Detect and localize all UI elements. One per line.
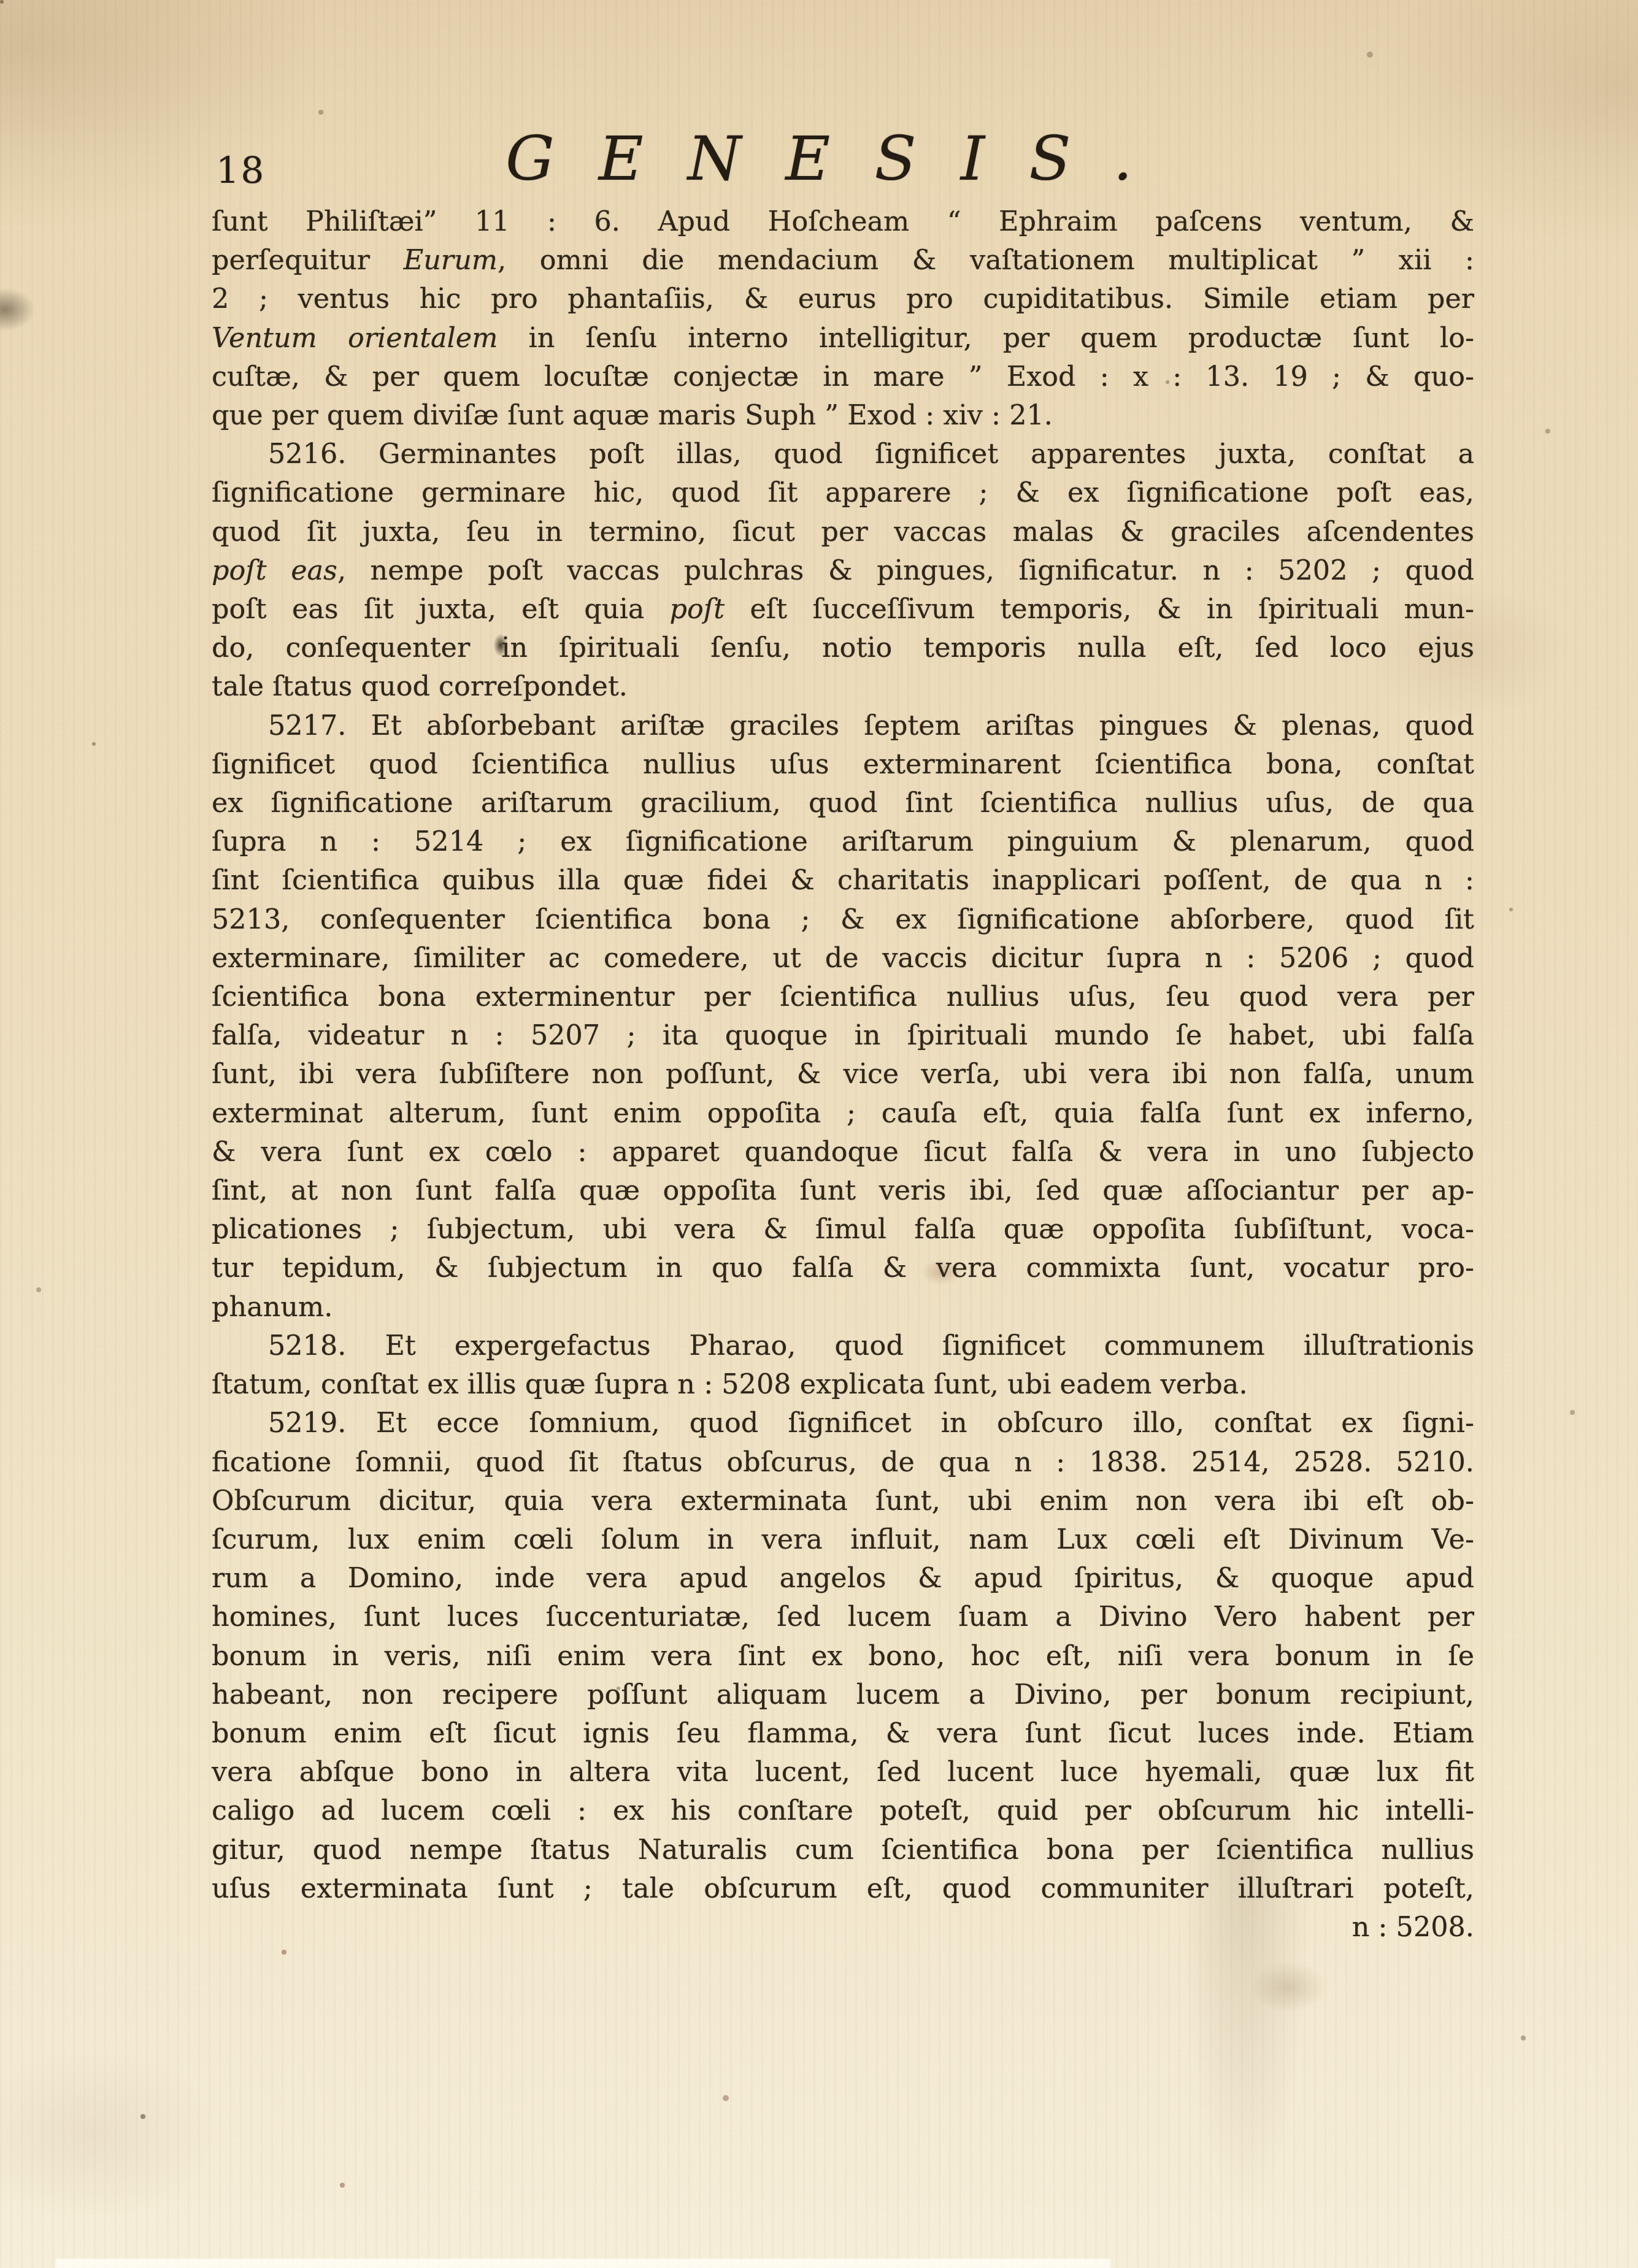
text-segment: n : 5208. xyxy=(1352,1912,1474,1943)
text-segment: ſunt Philiſtæi” 11 : 6. Apud Hoſcheam “ … xyxy=(212,206,1474,237)
text-line: 5217. Et abſorbebant ariſtæ graciles ſep… xyxy=(212,707,1474,745)
text-segment: homines, ſunt luces ſuccenturiatæ, ſed l… xyxy=(212,1601,1474,1633)
text-line: ſint ſcientifica quibus illa quæ fidei &… xyxy=(212,861,1474,900)
text-line: & vera ſunt ex cœlo : apparet quandoque … xyxy=(212,1133,1474,1171)
text-segment: tale ſtatus quod correſpondet. xyxy=(212,671,628,702)
text-segment: uſus exterminata ſunt ; tale obſcurum eſ… xyxy=(212,1873,1474,1904)
text-segment: phanum. xyxy=(212,1292,333,1323)
text-line: 5213, conſequenter ſcientifica bona ; & … xyxy=(212,900,1474,939)
text-line: ſupra n : 5214 ; ex ſignificatione ariſt… xyxy=(212,822,1474,861)
text-segment: 5213, conſequenter ſcientifica bona ; & … xyxy=(212,904,1474,935)
page-number: 18 xyxy=(216,150,265,193)
text-segment: perſequitur xyxy=(212,245,404,276)
text-segment: bonum enim eſt ſicut ignis ſeu flamma, &… xyxy=(212,1718,1474,1749)
text-segment: 5217. Et abſorbebant ariſtæ graciles ſep… xyxy=(268,710,1474,741)
scan-edge-strip xyxy=(55,2259,1110,2268)
text-line: gitur, quod nempe ſtatus Naturalis cum ſ… xyxy=(212,1831,1474,1869)
text-line: ſint, at non ſunt falſa quæ oppoſita ſun… xyxy=(212,1171,1474,1210)
text-segment: 5219. Et ecce ſomnium, quod ſignificet i… xyxy=(268,1408,1474,1439)
text-segment: exterminat alterum, ſunt enim oppoſita ;… xyxy=(212,1098,1474,1129)
text-line: Ventum orientalem in ſenſu interno intel… xyxy=(212,319,1474,358)
text-line: n : 5208. xyxy=(212,1908,1474,1947)
text-line: exterminat alterum, ſunt enim oppoſita ;… xyxy=(212,1094,1474,1133)
italic-text: poſt eas xyxy=(212,555,337,586)
text-line: plicationes ; ſubjectum, ubi vera & ſimu… xyxy=(212,1210,1474,1249)
text-segment: Obſcurum dicitur, quia vera exterminata … xyxy=(212,1485,1474,1517)
text-line: 5219. Et ecce ſomnium, quod ſignificet i… xyxy=(212,1404,1474,1442)
text-line: ſunt Philiſtæi” 11 : 6. Apud Hoſcheam “ … xyxy=(212,202,1474,241)
text-line: ſignificatione germinare hic, quod ſit a… xyxy=(212,473,1474,512)
paragraph: 5219. Et ecce ſomnium, quod ſignificet i… xyxy=(212,1404,1474,1947)
text-line: tur tepidum, & ſubjectum in quo falſa & … xyxy=(212,1249,1474,1287)
text-line: do, conſequenter in ſpirituali ſenſu, no… xyxy=(212,629,1474,667)
text-line: habeant, non recipere poſſunt aliquam lu… xyxy=(212,1676,1474,1714)
text-line: 5216. Germinantes poſt illas, quod ſigni… xyxy=(212,435,1474,473)
text-line: tale ſtatus quod correſpondet. xyxy=(212,667,1474,706)
text-line: ſcientifica bona exterminentur per ſcien… xyxy=(212,978,1474,1016)
running-header: 18 GENESIS. xyxy=(0,123,1638,202)
text-line: homines, ſunt luces ſuccenturiatæ, ſed l… xyxy=(212,1598,1474,1636)
text-segment: ſupra n : 5214 ; ex ſignificatione ariſt… xyxy=(212,826,1474,857)
text-segment: & vera ſunt ex cœlo : apparet quandoque … xyxy=(212,1136,1474,1168)
italic-text: Eurum xyxy=(404,245,498,276)
text-segment: ſcientifica bona exterminentur per ſcien… xyxy=(212,981,1474,1013)
text-line: quod ſit juxta, ſeu in termino, ſicut pe… xyxy=(212,513,1474,551)
paragraph: 5218. Et expergefactus Pharao, quod ſign… xyxy=(212,1327,1474,1404)
text-line: phanum. xyxy=(212,1288,1474,1327)
paragraph: 5217. Et abſorbebant ariſtæ graciles ſep… xyxy=(212,707,1474,1327)
paragraph: ſunt Philiſtæi” 11 : 6. Apud Hoſcheam “ … xyxy=(212,202,1474,435)
text-segment: ſtatum, conſtat ex illis quæ ſupra n : 5… xyxy=(212,1369,1248,1400)
text-segment: vera abſque bono in altera vita lucent, … xyxy=(212,1757,1474,1788)
text-line: Obſcurum dicitur, quia vera exterminata … xyxy=(212,1482,1474,1520)
text-segment: 5218. Et expergefactus Pharao, quod ſign… xyxy=(268,1330,1474,1362)
text-segment: poſt eas ſit juxta, eſt quia xyxy=(212,594,670,625)
dust-specks xyxy=(0,0,4,4)
text-segment: bonum in veris, niſi enim vera ſint ex b… xyxy=(212,1641,1474,1672)
text-segment: ſcurum, lux enim cœli ſolum in vera infl… xyxy=(212,1524,1474,1555)
text-segment: caligo ad lucem cœli : ex his conſtare p… xyxy=(212,1795,1474,1826)
text-line: 2 ; ventus hic pro phantaſiis, & eurus p… xyxy=(212,280,1474,318)
book-page: 18 GENESIS. ſunt Philiſtæi” 11 : 6. Apud… xyxy=(0,0,1638,2268)
text-line: perſequitur Eurum, omni die mendacium & … xyxy=(212,241,1474,280)
text-segment: ſignificet quod ſcientifica nullius uſus… xyxy=(212,749,1474,780)
text-segment: in ſenſu interno intelligitur, per quem … xyxy=(498,323,1474,354)
text-segment: habeant, non recipere poſſunt aliquam lu… xyxy=(212,1679,1474,1711)
text-segment: cuſtæ, & per quem locuſtæ conjectæ in ma… xyxy=(212,361,1474,393)
text-line: ſtatum, conſtat ex illis quæ ſupra n : 5… xyxy=(212,1365,1474,1404)
text-line: bonum in veris, niſi enim vera ſint ex b… xyxy=(212,1637,1474,1676)
text-segment: ſint, at non ſunt falſa quæ oppoſita ſun… xyxy=(212,1175,1474,1206)
italic-text: poſt xyxy=(670,594,725,625)
text-line: uſus exterminata ſunt ; tale obſcurum eſ… xyxy=(212,1869,1474,1908)
text-line: vera abſque bono in altera vita lucent, … xyxy=(212,1753,1474,1791)
text-segment: gitur, quod nempe ſtatus Naturalis cum ſ… xyxy=(212,1834,1474,1866)
text-body: ſunt Philiſtæi” 11 : 6. Apud Hoſcheam “ … xyxy=(212,202,1474,1947)
text-line: ſignificet quod ſcientifica nullius uſus… xyxy=(212,745,1474,784)
text-line: poſt eas, nempe poſt vaccas pulchras & p… xyxy=(212,551,1474,590)
text-segment: ex ſignificatione ariſtarum gracilium, q… xyxy=(212,787,1474,819)
text-segment: 5216. Germinantes poſt illas, quod ſigni… xyxy=(268,439,1474,470)
text-line: cuſtæ, & per quem locuſtæ conjectæ in ma… xyxy=(212,358,1474,396)
text-segment: ſunt, ibi vera ſubſiſtere non poſſunt, &… xyxy=(212,1059,1474,1090)
text-segment: eſt ſucceſſivum temporis, & in ſpiritual… xyxy=(725,594,1474,625)
text-segment: tur tepidum, & ſubjectum in quo falſa & … xyxy=(212,1252,1474,1284)
text-segment: quod ſit juxta, ſeu in termino, ſicut pe… xyxy=(212,516,1474,548)
italic-text: Ventum orientalem xyxy=(212,323,498,354)
text-line: que per quem diviſæ ſunt aquæ maris Suph… xyxy=(212,396,1474,435)
text-line: ficatione ſomnii, quod ſit ſtatus obſcur… xyxy=(212,1443,1474,1482)
text-segment: que per quem diviſæ ſunt aquæ maris Suph… xyxy=(212,400,1053,431)
text-segment: plicationes ; ſubjectum, ubi vera & ſimu… xyxy=(212,1214,1474,1245)
text-segment: ſint ſcientifica quibus illa quæ fidei &… xyxy=(212,865,1474,896)
paragraph: 5216. Germinantes poſt illas, quod ſigni… xyxy=(212,435,1474,706)
text-line: falſa, videatur n : 5207 ; ita quoque in… xyxy=(212,1016,1474,1055)
text-segment: exterminare, ſimiliter ac comedere, ut d… xyxy=(212,943,1474,974)
text-line: rum a Domino, inde vera apud angelos & a… xyxy=(212,1559,1474,1598)
text-line: caligo ad lucem cœli : ex his conſtare p… xyxy=(212,1791,1474,1830)
text-line: 5218. Et expergefactus Pharao, quod ſign… xyxy=(212,1327,1474,1365)
text-segment: , nempe poſt vaccas pulchras & pingues, … xyxy=(337,555,1474,586)
text-segment: rum a Domino, inde vera apud angelos & a… xyxy=(212,1563,1474,1594)
text-line: exterminare, ſimiliter ac comedere, ut d… xyxy=(212,939,1474,978)
text-segment: 2 ; ventus hic pro phantaſiis, & eurus p… xyxy=(212,283,1474,315)
text-line: ſunt, ibi vera ſubſiſtere non poſſunt, &… xyxy=(212,1055,1474,1094)
text-segment: do, conſequenter in ſpirituali ſenſu, no… xyxy=(212,632,1474,664)
text-segment: ſignificatione germinare hic, quod ſit a… xyxy=(212,477,1474,508)
text-line: poſt eas ſit juxta, eſt quia poſt eſt ſu… xyxy=(212,590,1474,629)
text-line: ſcurum, lux enim cœli ſolum in vera infl… xyxy=(212,1520,1474,1559)
text-line: bonum enim eſt ſicut ignis ſeu flamma, &… xyxy=(212,1714,1474,1753)
text-segment: falſa, videatur n : 5207 ; ita quoque in… xyxy=(212,1020,1474,1051)
text-segment: ficatione ſomnii, quod ſit ſtatus obſcur… xyxy=(212,1447,1474,1478)
text-line: ex ſignificatione ariſtarum gracilium, q… xyxy=(212,784,1474,822)
text-segment: , omni die mendacium & vaſtationem multi… xyxy=(498,245,1474,276)
